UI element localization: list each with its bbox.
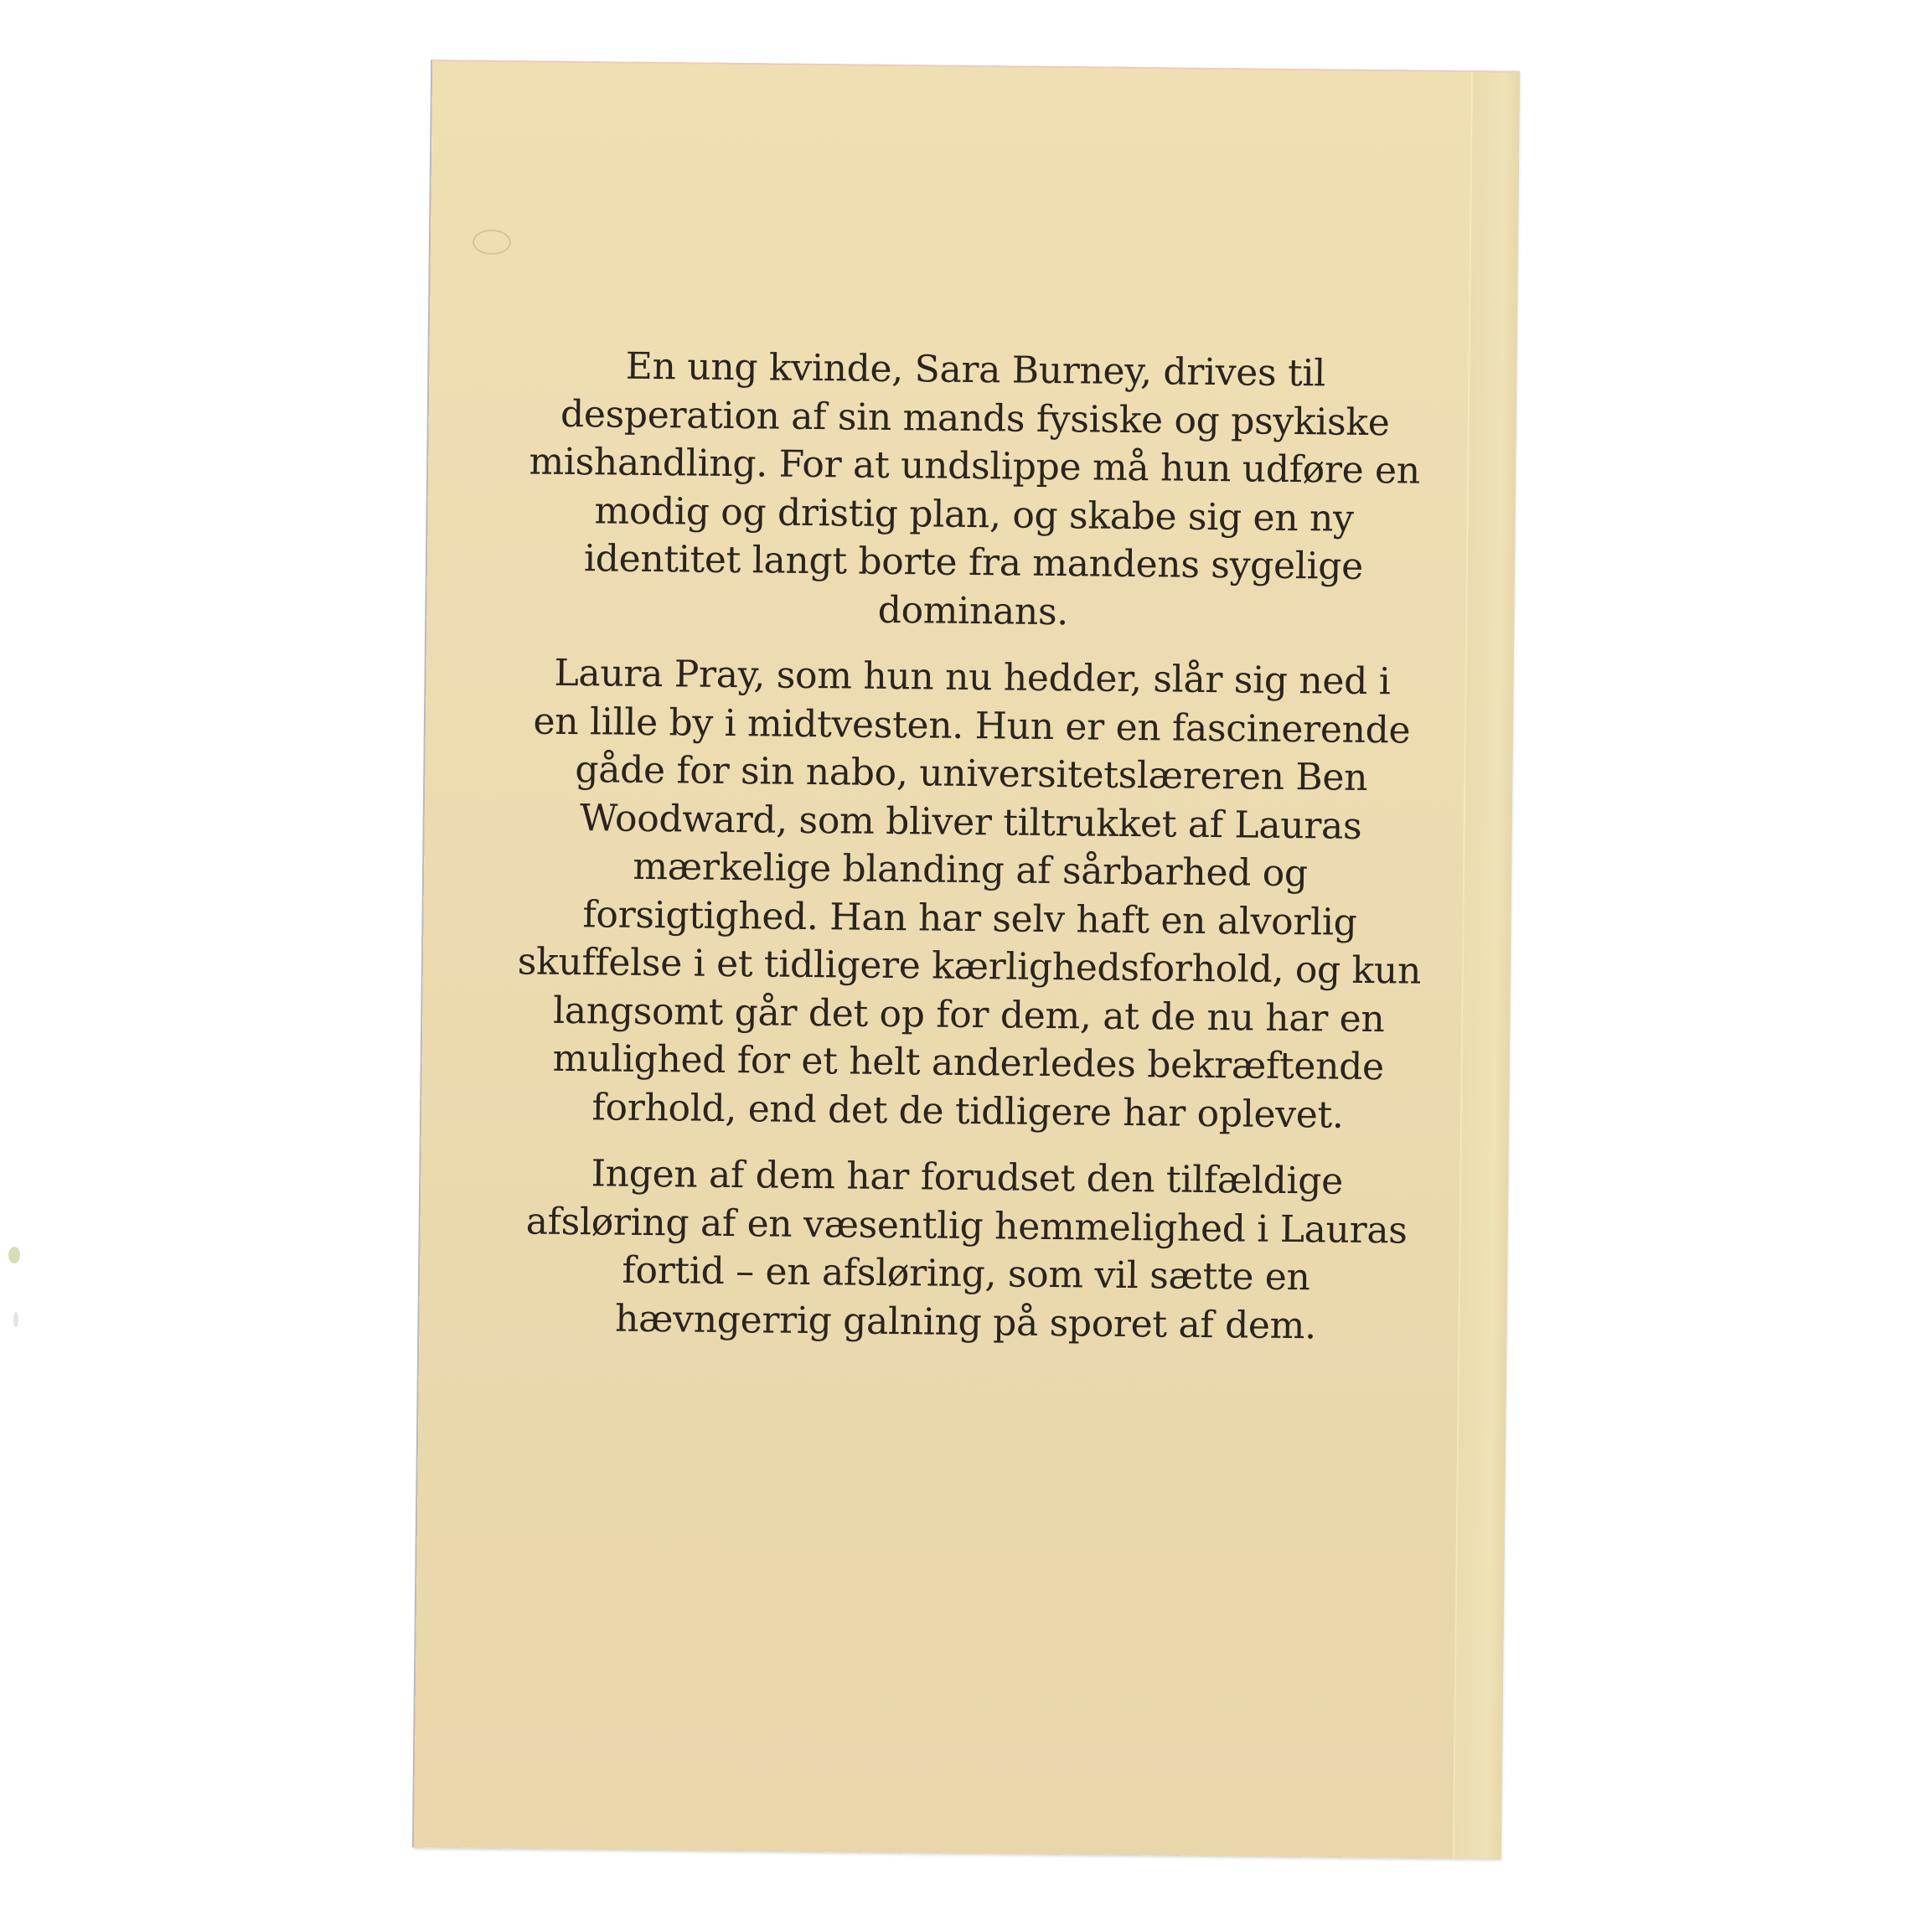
blurb-line: fortid – en afsløring, som vil sætte en [514,1245,1419,1303]
blurb-line: Ingen af dem har forudset den tilfældige [514,1149,1420,1206]
blurb-line: mulighed for et helt anderledes bekræfte… [515,1034,1421,1092]
blurb-line: hævngerrig galning på sporet af dem. [513,1294,1418,1351]
dust-speck [13,1312,18,1327]
blurb-line: En ung kvinde, Sara Burney, drives til [523,341,1428,399]
blurb-paragraph-1: En ung kvinde, Sara Burney, drives til d… [520,341,1428,639]
blurb-line: identitet langt borte fra mandens sygeli… [521,534,1427,591]
blurb-line: skuffelse i et tidligere kærlighedsforho… [517,938,1423,995]
blurb-paragraph-3: Ingen af dem har forudset den tilfældige… [513,1149,1419,1351]
paper-stain [473,230,511,255]
book-back-cover: En ung kvinde, Sara Burney, drives til d… [414,59,1520,1858]
photo-scene: En ung kvinde, Sara Burney, drives til d… [0,0,1932,1932]
blurb-line: Laura Pray, som hun nu hedder, slår sig … [519,648,1425,706]
blurb-paragraph-2: Laura Pray, som hun nu hedder, slår sig … [515,648,1425,1139]
blurb-line: forhold, end det de tidligere har opleve… [515,1082,1421,1140]
blurb-line: gåde for sin nabo, universitetslæreren B… [519,745,1424,803]
book-spine-edge [1454,72,1520,1858]
blurb-line: mishandling. For at undslippe må hun udf… [522,437,1428,495]
dust-speck [8,1247,20,1263]
back-cover-blurb: En ung kvinde, Sara Burney, drives til d… [513,341,1428,1369]
blurb-line: dominans. [520,582,1426,640]
blurb-line: mærkelige blanding af sårbarhed og [518,841,1423,899]
